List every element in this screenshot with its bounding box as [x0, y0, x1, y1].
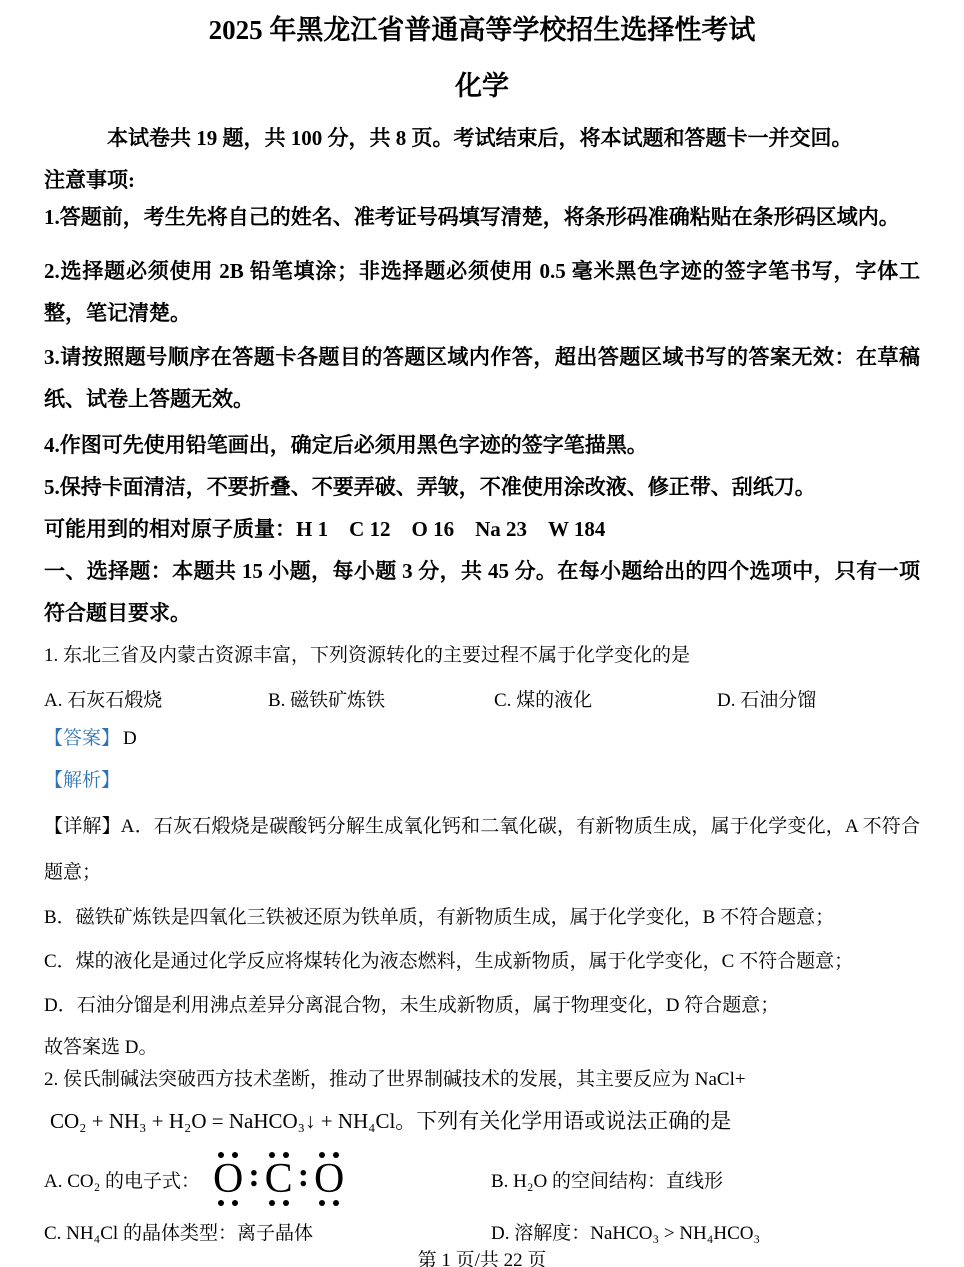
question-2-options-ab: A. CO₂ 的电子式： O : C : O: [44, 1140, 920, 1218]
q1-option-a: A. 石灰石煅烧: [44, 682, 268, 720]
lewis-atom-symbol: O: [314, 1161, 344, 1197]
lewis-atom-o-right: O: [314, 1149, 344, 1209]
notice-item-3: 3.请按照题号顺序在答题卡各题目的答题区域内作答，超出答题区域书写的答案无效：在…: [44, 336, 920, 420]
detail-paragraph-a: 【详解】A．石灰石煅烧是碳酸钙分解生成氧化钙和二氧化碳，有新物质生成，属于化学变…: [44, 804, 920, 896]
q2-option-d: D. 溶解度：NaHCO₃ > NH₄HCO₃: [491, 1220, 920, 1248]
page-title: 2025 年黑龙江省普通高等学校招生选择性考试: [44, 12, 920, 48]
electron-dots-bottom: [269, 1200, 289, 1206]
question-2-options-cd: C. NH₄Cl 的晶体类型：离子晶体 D. 溶解度：NaHCO₃ > NH₄H…: [44, 1220, 920, 1248]
lewis-atom-c: C: [265, 1149, 293, 1209]
q2-option-c: C. NH₄Cl 的晶体类型：离子晶体: [44, 1220, 491, 1248]
question-2-text: 2. 侯氏制碱法突破西方技术垄断，推动了世界制碱技术的发展，其主要反应为 NaC…: [44, 1060, 920, 1100]
exam-document-page: 2025 年黑龙江省普通高等学校招生选择性考试 化学 本试卷共 19 题，共 1…: [0, 0, 964, 1267]
q2-option-b: B. H₂O 的空间结构：直线形: [491, 1166, 920, 1193]
detail-paragraph-c: C．煤的液化是通过化学反应将煤转化为液态燃料，生成新物质，属于化学变化，C 不符…: [44, 940, 920, 984]
notice-item-1: 1.答题前，考生先将自己的姓名、准考证号码填写清楚，将条形码准确粘贴在条形码区域…: [44, 196, 920, 238]
question-1-options: A. 石灰石煅烧 B. 磁铁矿炼铁 C. 煤的液化 D. 石油分馏: [44, 682, 920, 720]
intro-text: 本试卷共 19 题，共 100 分，共 8 页。考试结束后，将本试题和答题卡一并…: [44, 122, 920, 154]
section-header: 一、选择题：本题共 15 小题，每小题 3 分，共 45 分。在每小题给出的四个…: [44, 550, 920, 634]
q2-option-a: A. CO₂ 的电子式： O : C : O: [44, 1149, 491, 1209]
lewis-atom-symbol: O: [213, 1161, 243, 1197]
answer-value: D: [123, 728, 137, 749]
lewis-structure-co2: O : C : O: [210, 1149, 347, 1209]
lewis-atom-symbol: C: [265, 1161, 293, 1197]
subject-title: 化学: [44, 68, 920, 104]
atomic-mass-line: 可能用到的相对原子质量：H 1 C 12 O 16 Na 23 W 184: [44, 508, 920, 550]
answer-label: 【答案】: [44, 728, 120, 749]
detail-paragraph-d: D．石油分馏是利用沸点差异分离混合物，未生成新物质，属于物理变化，D 符合题意；: [44, 984, 920, 1028]
page-number: 第 1 页/共 22 页: [44, 1248, 920, 1267]
question-2-equation: CO₂ + NH₃ + H₂O = NaHCO₃↓ + NH₄Cl。下列有关化学…: [50, 1102, 920, 1140]
notice-item-2: 2.选择题必须使用 2B 铅笔填涂；非选择题必须使用 0.5 毫米黑色字迹的签字…: [44, 250, 920, 334]
electron-dots-bottom: [218, 1200, 238, 1206]
notices-header: 注意事项:: [44, 164, 920, 196]
q1-option-d: D. 石油分馏: [717, 682, 920, 720]
analysis-label: 【解析】: [44, 762, 920, 800]
bonding-pair-colon: :: [298, 1157, 309, 1195]
notice-item-5: 5.保持卡面清洁，不要折叠、不要弄破、弄皱，不准使用涂改液、修正带、刮纸刀。: [44, 466, 920, 508]
q2-option-a-label: A. CO₂ 的电子式：: [44, 1166, 200, 1193]
electron-dots-bottom: [319, 1200, 339, 1206]
bonding-pair-colon: :: [248, 1157, 259, 1195]
q1-option-b: B. 磁铁矿炼铁: [268, 682, 494, 720]
detail-paragraph-b: B．磁铁矿炼铁是四氧化三铁被还原为铁单质，有新物质生成，属于化学变化，B 不符合…: [44, 896, 920, 940]
question-1-text: 1. 东北三省及内蒙古资源丰富，下列资源转化的主要过程不属于化学变化的是: [44, 636, 920, 676]
q1-option-c: C. 煤的液化: [494, 682, 717, 720]
notice-item-4: 4.作图可先使用铅笔画出，确定后必须用黑色字迹的签字笔描黑。: [44, 424, 920, 466]
answer-line: 【答案】D: [44, 720, 920, 758]
lewis-atom-o-left: O: [213, 1149, 243, 1209]
